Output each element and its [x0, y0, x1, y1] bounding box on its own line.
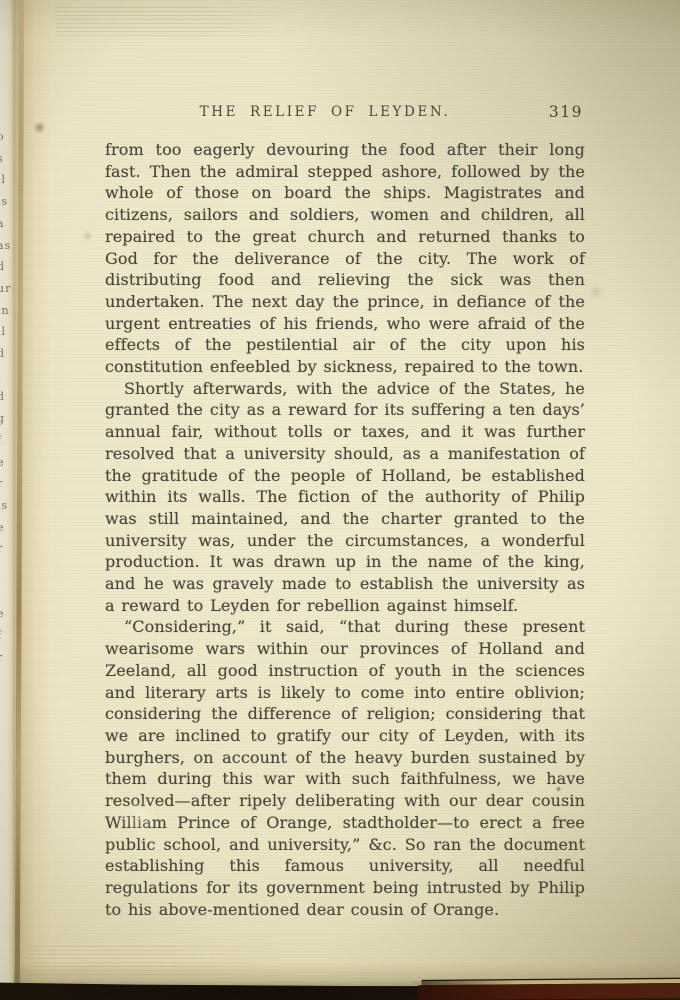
page-content: THE RELIEF OF LEYDEN. 319 from too eager… [105, 104, 585, 920]
paragraph: Shortly afterwards, with the advice of t… [105, 378, 585, 617]
page-stack-edges-top [56, 7, 296, 37]
page-edge-text-fragment: is [0, 196, 6, 207]
page-edge-text-fragment: . [0, 565, 6, 576]
page-number: 319 [549, 103, 583, 121]
page-edge-text-fragment: is [0, 500, 6, 511]
chapter-running-title: THE RELIEF OF LEYDEN. [105, 104, 545, 120]
page-edge-text-fragment: d [0, 391, 6, 402]
page-edge-text-fragment: r [0, 652, 6, 663]
running-head: THE RELIEF OF LEYDEN. 319 [105, 104, 585, 126]
scanned-book-photo: osllisaasdurinlldldgferiser.efr. THE REL… [0, 0, 680, 1000]
page-edge-text-fragment: ll [0, 326, 6, 337]
previous-page-edge-strip: osllisaasdurinlldldgferiser.efr. [0, 0, 14, 990]
page-edge-text-fragment: r [0, 478, 6, 489]
page-edge-text-fragment: s [0, 153, 6, 164]
page-edge-text-fragment: o [0, 131, 6, 142]
page-edge-text-fragment: g [0, 413, 6, 424]
page-edge-text-fragment: f [0, 630, 6, 641]
page-edge-text-fragment: in [0, 305, 6, 316]
page-edge-text-fragment: e [0, 608, 6, 619]
page-edge-text-fragment: d [0, 348, 6, 359]
book-cover-edge [418, 983, 680, 1000]
paragraph: “Considering,” it said, “that during the… [105, 616, 585, 920]
page-edge-text-fragment: f [0, 435, 6, 446]
page-edge-text-fragment: l [0, 370, 6, 381]
page-edge-text-fragment: ur [0, 283, 6, 294]
page-edge-text-fragment: a [0, 218, 6, 229]
page-edge-text-fragment: . [0, 674, 6, 685]
page-edge-text-fragment: e [0, 522, 6, 533]
page-edge-text-fragment: r [0, 543, 6, 554]
page-edge-text-fragment: e [0, 457, 6, 468]
page-edge-text-fragment: ll [0, 174, 6, 185]
page-edge-text-fragment: as [0, 240, 6, 251]
paragraph: from too eagerly devouring the food afte… [105, 139, 585, 378]
body-text: from too eagerly devouring the food afte… [105, 139, 585, 920]
page-edge-text-fragment: d [0, 261, 6, 272]
